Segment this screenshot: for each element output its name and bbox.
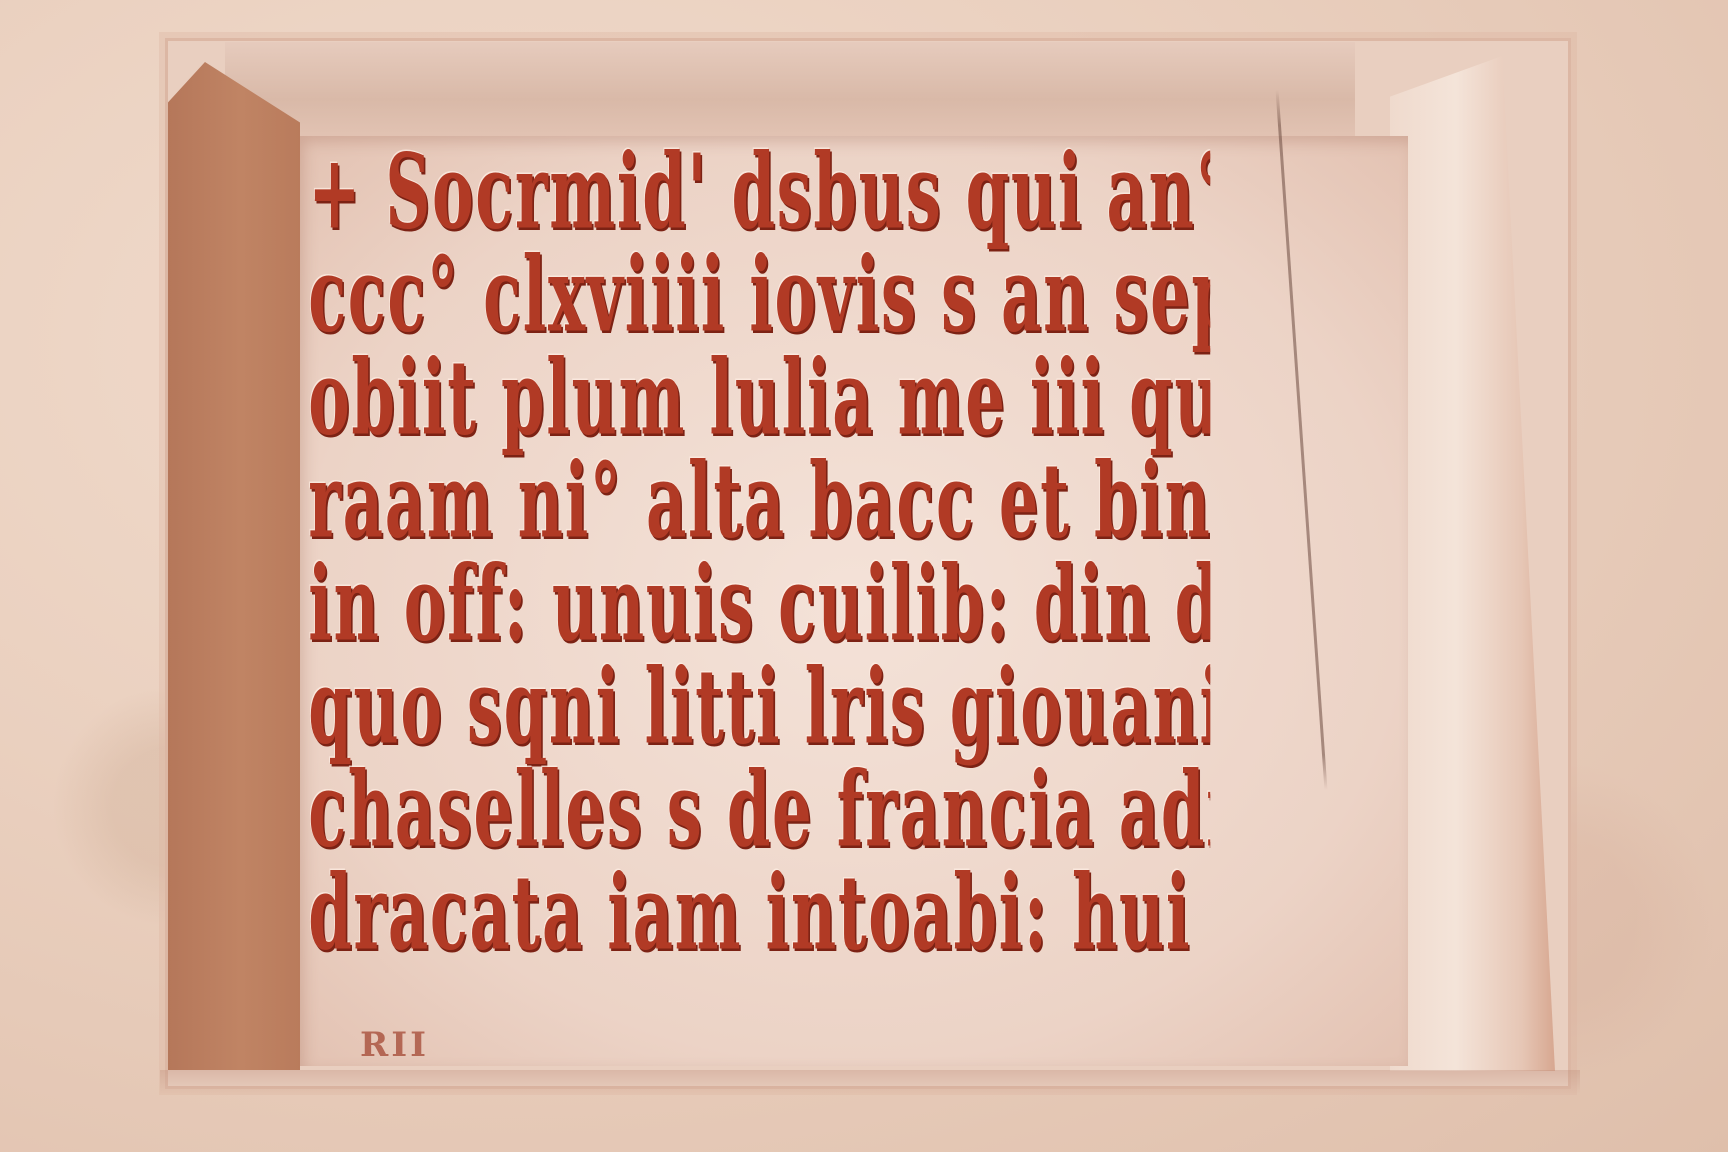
stonemason-mark: RII xyxy=(360,1025,429,1065)
niche-left-reveal xyxy=(168,62,300,1070)
inscription: + Socrmid' dsbus qui an° do mi ccc° clxv… xyxy=(300,140,1410,964)
niche-bottom-shadow xyxy=(160,1070,1580,1094)
inscription-line-8: dracata iam intoabi: hui ccc dona xyxy=(300,843,1210,982)
